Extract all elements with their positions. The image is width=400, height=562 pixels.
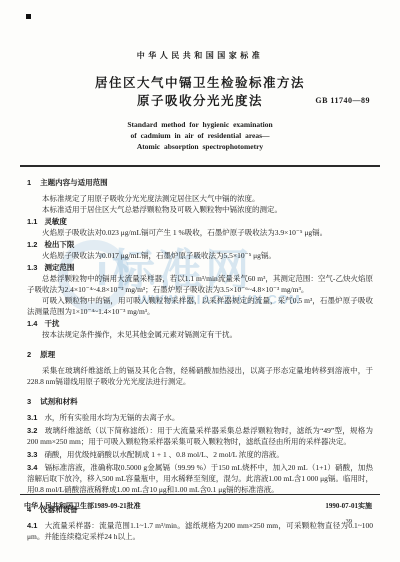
footer-row: 中华人民共和国卫生部1989-09-21批准 1990-07-01实施 bbox=[20, 501, 380, 511]
clause-number: 3.2 bbox=[27, 426, 37, 435]
document-body: 1主题内容与适用范围 本标准规定了用原子吸收分光光度法测定居住区大气中镉的浓度。… bbox=[27, 177, 373, 542]
clause-text: 水，所有实验用水均为无镉的去离子水。 bbox=[44, 413, 179, 422]
section-number: 3 bbox=[27, 397, 31, 406]
implementation-date: 1990-07-01实施 bbox=[325, 501, 372, 511]
clause-text: 镉标准溶液，准确称取0.5000 g金属镉（99.99 %）于150 mL烧杯中… bbox=[27, 463, 373, 494]
clause-text: 玻璃纤维滤纸（以下简称滤纸）：用于大流量采样器采集总悬浮颗粒物时，滤纸为“49”… bbox=[27, 426, 373, 446]
clause-1-4-heading: 1.4干扰 bbox=[27, 318, 373, 329]
english-title-line-3: Atomic absorption spectrophotometry bbox=[0, 141, 400, 152]
clause-title: 干扰 bbox=[44, 319, 59, 328]
approval-statement: 中华人民共和国卫生部1989-09-21批准 bbox=[24, 501, 141, 511]
section-title: 原理 bbox=[40, 350, 55, 359]
clause-1-1-heading: 1.1灵敏度 bbox=[27, 216, 373, 227]
clause-text: 硝酸，用优级纯硝酸以水配制成 1 + 1 、0.8 mol/L、2 mol/L … bbox=[44, 450, 283, 459]
paragraph: 可吸入颗粒物中的镉，用可吸入颗粒物采样器，以采样器规定的流量，采气0.5 m³，… bbox=[27, 295, 373, 317]
english-title: Standard method for hygienic examination… bbox=[0, 119, 400, 152]
paragraph: 采集在玻璃纤维滤纸上的镉及其化合物，经稀硝酸加热浸出，以离子形态定量地转移到溶液… bbox=[27, 365, 373, 387]
clause-1-3-heading: 1.3测定范围 bbox=[27, 262, 373, 273]
document-footer: 中华人民共和国卫生部1989-09-21批准 1990-07-01实施 39 bbox=[20, 494, 380, 525]
clause-3-4: 3.4镉标准溶液，准确称取0.5000 g金属镉（99.99 %）于150 mL… bbox=[27, 462, 373, 495]
clause-title: 测定范围 bbox=[44, 263, 74, 272]
english-title-line-2: of cadmium in air of residential areas— bbox=[0, 130, 400, 141]
clause-number: 3.1 bbox=[27, 413, 37, 422]
document-content: 中华人民共和国国家标准 居住区大气中镉卫生检验标准方法 原子吸收分光光度法 GB… bbox=[0, 0, 400, 542]
clause-number: 3.3 bbox=[27, 450, 37, 459]
paragraph: 按本法规定条件操作，未见其他金属元素对镉测定有干扰。 bbox=[27, 329, 373, 340]
section-2-heading: 2原理 bbox=[27, 349, 373, 360]
clause-number: 1.3 bbox=[27, 263, 37, 272]
section-number: 1 bbox=[27, 178, 31, 187]
standard-organization-line: 中华人民共和国国家标准 bbox=[0, 0, 400, 61]
clause-3-3: 3.3硝酸，用优级纯硝酸以水配制成 1 + 1 、0.8 mol/L、2 mol… bbox=[27, 449, 373, 460]
clause-number: 1.2 bbox=[27, 240, 37, 249]
paragraph: 火焰原子吸收法对0.023 μg/mL镉可产生 1 %吸收，石墨炉原子吸收法为3… bbox=[27, 227, 373, 238]
section-title: 试剂和材料 bbox=[40, 397, 78, 406]
english-title-line-1: Standard method for hygienic examination bbox=[0, 119, 400, 130]
standard-document-page: i标准网 WWW.IBIAOZHUN.COM 中华人民共和国国家标准 居住区大气… bbox=[0, 0, 400, 562]
paragraph: 本标准规定了用原子吸收分光光度法测定居住区大气中镉的浓度。 bbox=[27, 193, 373, 204]
title-line-1: 居住区大气中镉卫生检验标准方法 bbox=[0, 74, 400, 92]
clause-title: 灵敏度 bbox=[44, 217, 67, 226]
paragraph: 总悬浮颗粒物中的镉用大流量采样器，若以1.1 m³/min流量采气60 m³，其… bbox=[27, 273, 373, 295]
section-1-heading: 1主题内容与适用范围 bbox=[27, 177, 373, 188]
clause-1-2-heading: 1.2检出下限 bbox=[27, 239, 373, 250]
paragraph: 火焰原子吸收法为0.017 μg/mL镉，石墨炉原子吸收法为5.5×10⁻⁵ μ… bbox=[27, 250, 373, 261]
clause-3-2: 3.2玻璃纤维滤纸（以下简称滤纸）：用于大流量采样器采集总悬浮颗粒物时，滤纸为“… bbox=[27, 425, 373, 447]
paragraph: 本标准适用于居住区大气总悬浮颗粒物及可吸入颗粒物中镉浓度的测定。 bbox=[27, 204, 373, 215]
section-3-heading: 3试剂和材料 bbox=[27, 396, 373, 407]
section-number: 2 bbox=[27, 350, 31, 359]
clause-3-1: 3.1水，所有实验用水均为无镉的去离子水。 bbox=[27, 412, 373, 423]
clause-number: 1.4 bbox=[27, 319, 37, 328]
section-title: 主题内容与适用范围 bbox=[40, 178, 108, 187]
clause-title: 检出下限 bbox=[44, 240, 74, 249]
clause-number: 3.4 bbox=[27, 463, 37, 472]
standard-number: GB 11740—89 bbox=[315, 96, 370, 105]
clause-number: 1.1 bbox=[27, 217, 37, 226]
header-divider bbox=[20, 165, 380, 167]
page-number: 39 bbox=[20, 518, 380, 525]
